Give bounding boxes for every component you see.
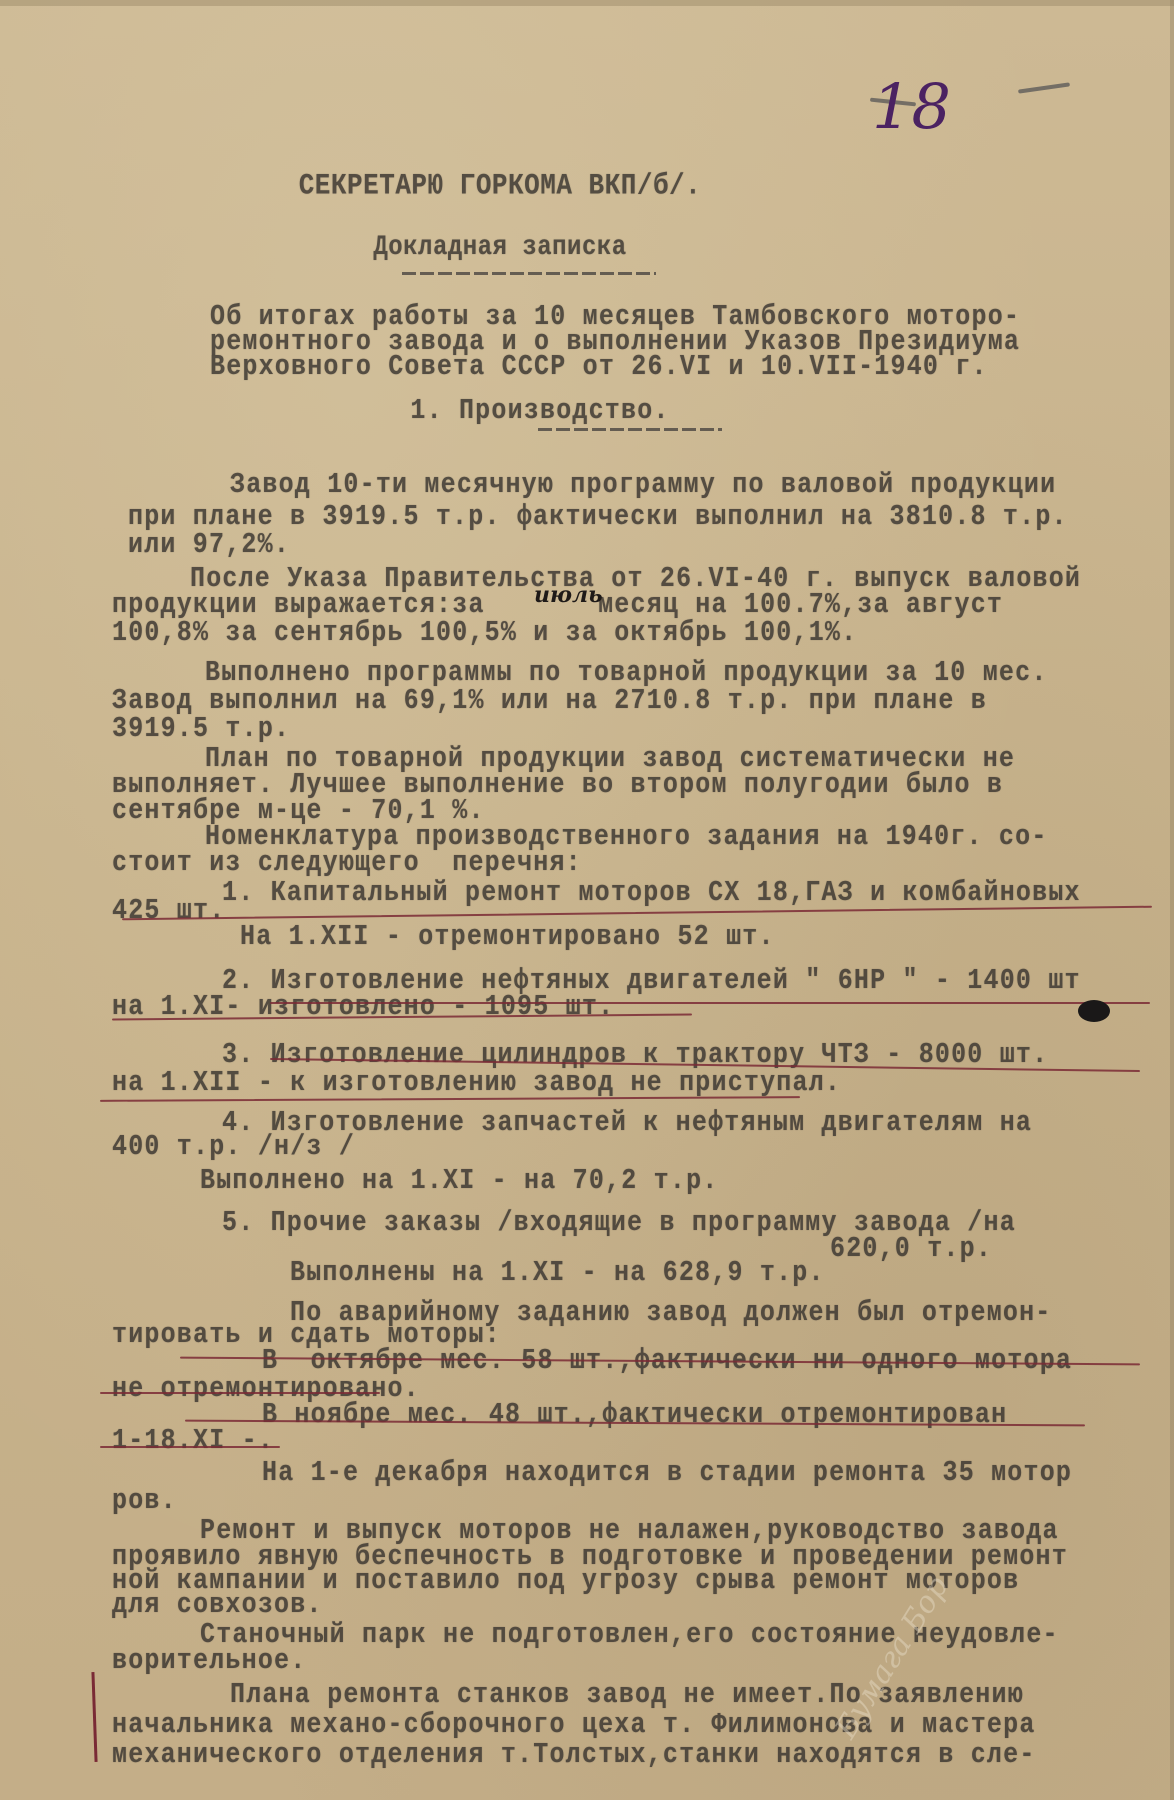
- doc-type-underline: [402, 272, 656, 275]
- body-line: В ноябре мес. 48 шт.,фактически отремонт…: [262, 1398, 1007, 1431]
- body-line: на 1.XII - к изготовлению завод не прист…: [112, 1066, 841, 1099]
- body-line: стоит из следующего перечня:: [112, 846, 582, 879]
- red-underline-item2-a: [270, 1002, 1150, 1004]
- addressee-heading: СЕКРЕТАРЮ ГОРКОМА ВКП/б/.: [0, 168, 1000, 203]
- body-line: На 1-е декабря находится в стадии ремонт…: [262, 1456, 1072, 1489]
- body-line: 620,0 т.р.: [830, 1232, 992, 1265]
- body-line: Выполнено на 1.XI - на 70,2 т.р.: [200, 1164, 718, 1197]
- body-line: 400 т.р. /н/з /: [112, 1130, 355, 1163]
- red-underline-date: [100, 1446, 280, 1448]
- ink-blot: [1078, 1000, 1110, 1022]
- red-underline-not-repaired: [100, 1392, 380, 1394]
- body-line: начальника механо-сборочного цеха т. Фил…: [112, 1708, 1036, 1741]
- body-line: 1. Капитальный ремонт моторов СХ 18,ГАЗ …: [222, 876, 1081, 909]
- body-line: Выполнены на 1.XI - на 628,9 т.р.: [290, 1256, 825, 1289]
- body-line: ворительное.: [112, 1644, 306, 1677]
- body-line: для совхозов.: [112, 1588, 323, 1621]
- body-line: механического отделения т.Толстых,станки…: [112, 1738, 1036, 1771]
- body-line: На 1.XII - отремонтировано 52 шт.: [240, 920, 775, 953]
- section-heading: 1. Производство.: [0, 394, 1080, 427]
- body-line: 100,8% за сентябрь 100,5% и за октябрь 1…: [112, 616, 857, 649]
- page-right-edge: [1170, 0, 1174, 1800]
- document-type-heading: Докладная записка: [0, 232, 1000, 263]
- handwritten-insert: июль: [534, 582, 603, 608]
- body-line: Плана ремонта станков завод не имеет.По …: [230, 1678, 1024, 1711]
- body-line: 425 шт.: [112, 894, 225, 927]
- page-number: 18: [872, 70, 951, 143]
- body-line: Завод 10-ти месячную программу по валово…: [230, 468, 1056, 501]
- body-line: 3919.5 т.р.: [112, 712, 290, 745]
- subject-line-3: Верховного Совета СССР от 26.VI и 10.VII…: [210, 350, 988, 383]
- body-line: или 97,2%.: [128, 528, 290, 561]
- body-line: 1-18.XI -.: [112, 1424, 274, 1457]
- page-top-edge: [0, 0, 1174, 6]
- section-underline: [538, 428, 722, 431]
- body-line: ров.: [112, 1484, 177, 1517]
